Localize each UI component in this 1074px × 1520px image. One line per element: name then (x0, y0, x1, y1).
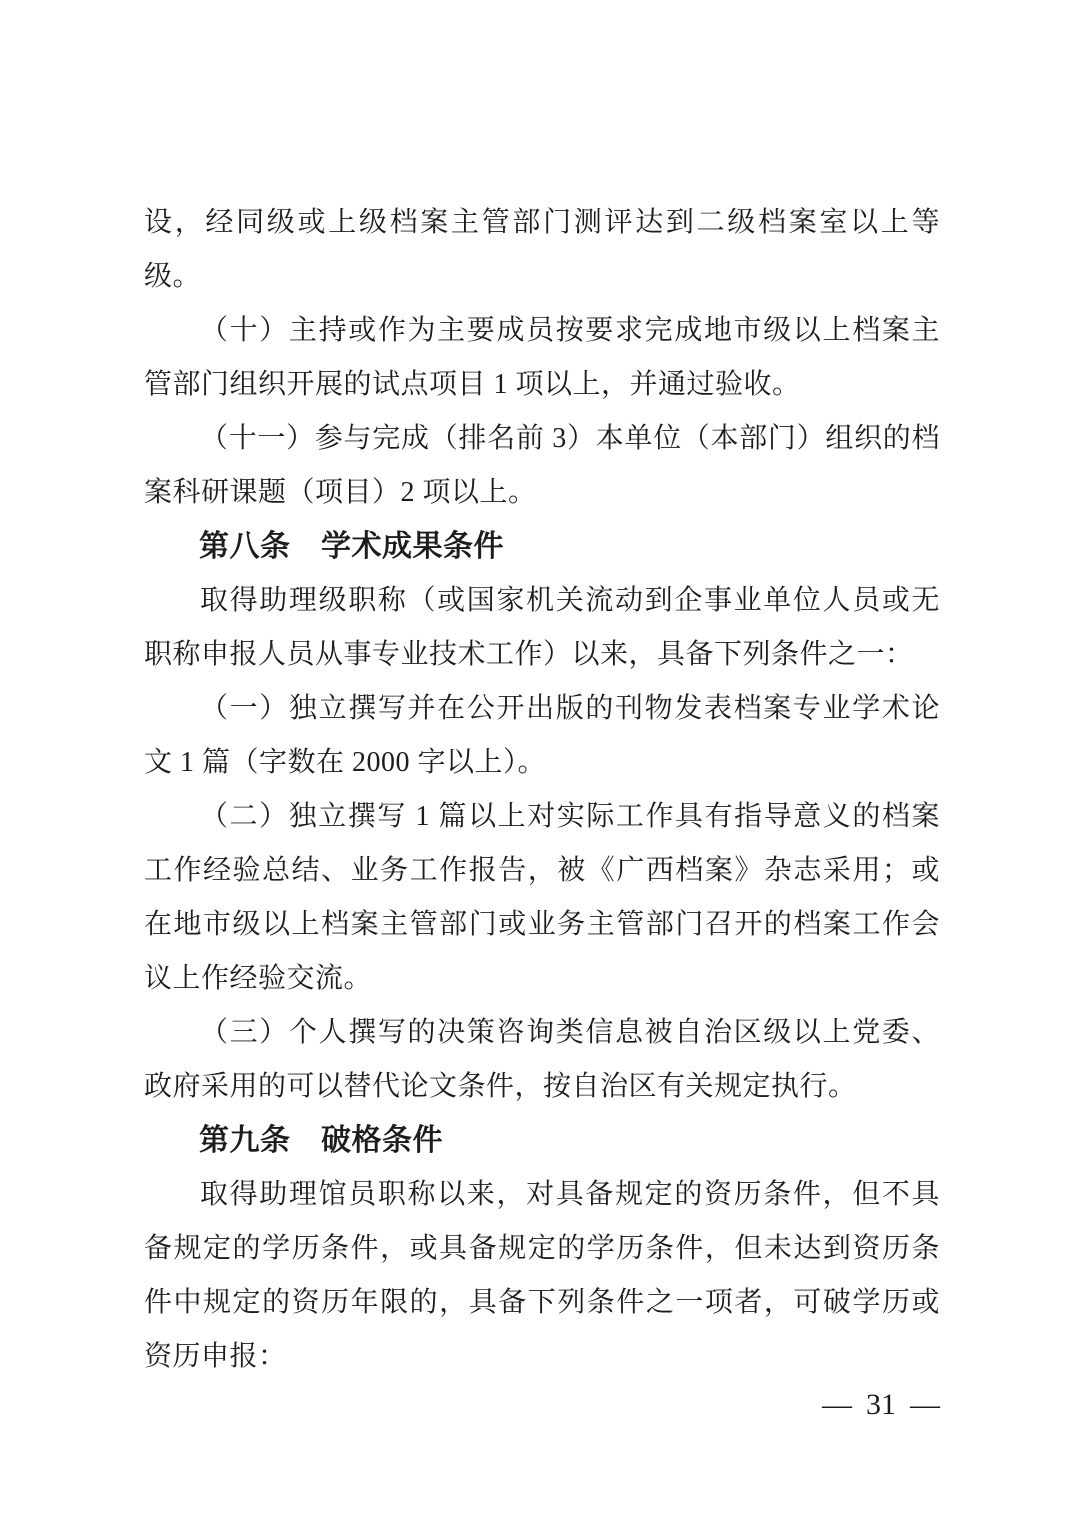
paragraph-item-3: （三）个人撰写的决策咨询类信息被自治区级以上党委、政府采用的可以替代论文条件，按… (144, 1006, 940, 1114)
article-heading-8: 第八条 学术成果条件 (144, 520, 940, 574)
page-footer: — 31 — (822, 1378, 940, 1432)
paragraph-continuation: 设，经同级或上级档案主管部门测评达到二级档案室以上等级。 (144, 196, 940, 304)
footer-dash-right: — (910, 1378, 940, 1432)
paragraph-article8-intro: 取得助理级职称（或国家机关流动到企事业单位人员或无职称申报人员从事专业技术工作）… (144, 574, 940, 682)
document-page: 设，经同级或上级档案主管部门测评达到二级档案室以上等级。 （十）主持或作为主要成… (0, 0, 1074, 1520)
page-number: 31 (866, 1378, 896, 1432)
paragraph-article9-intro: 取得助理馆员职称以来，对具备规定的资历条件，但不具备规定的学历条件，或具备规定的… (144, 1168, 940, 1384)
article-heading-9: 第九条 破格条件 (144, 1114, 940, 1168)
paragraph-item-2: （二）独立撰写 1 篇以上对实际工作具有指导意义的档案工作经验总结、业务工作报告… (144, 790, 940, 1006)
paragraph-item-1: （一）独立撰写并在公开出版的刊物发表档案专业学术论文 1 篇（字数在 2000 … (144, 682, 940, 790)
paragraph-item-10: （十）主持或作为主要成员按要求完成地市级以上档案主管部门组织开展的试点项目 1 … (144, 304, 940, 412)
footer-dash-left: — (822, 1378, 852, 1432)
paragraph-item-11: （十一）参与完成（排名前 3）本单位（本部门）组织的档案科研课题（项目）2 项以… (144, 412, 940, 520)
